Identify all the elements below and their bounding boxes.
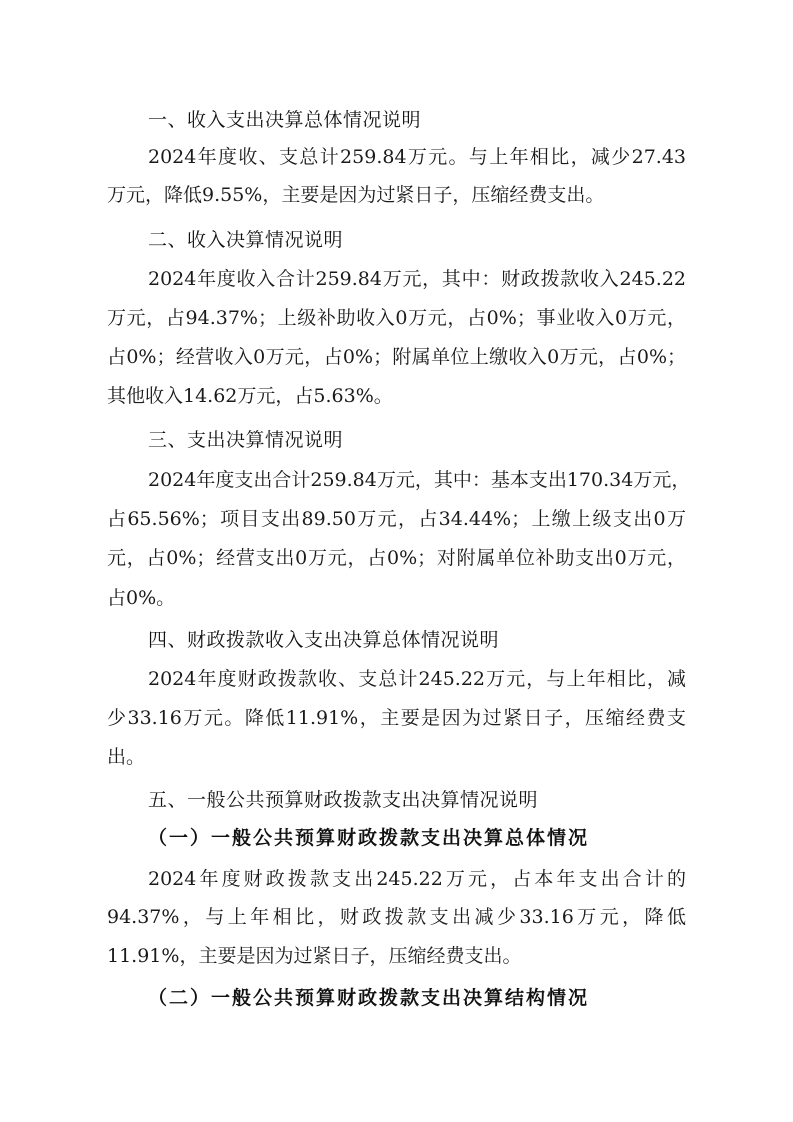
section-2-heading: 二、收入决算情况说明 (148, 227, 343, 253)
section-2-paragraph-line-4: 其他收入14.62万元，占5.63%。 (107, 383, 686, 409)
section-4-paragraph-line-1: 2024年度财政拨款收、支总计245.22万元，与上年相比，减 (148, 666, 686, 692)
section-4-paragraph-line-2: 少33.16万元。降低11.91%，主要是因为过紧日子，压缩经费支 (107, 705, 686, 731)
section-1-paragraph-line-1: 2024年度收、支总计259.84万元。与上年相比，减少27.43 (148, 144, 686, 170)
section-2-paragraph-line-1: 2024年度收入合计259.84万元，其中：财政拨款收入245.22 (148, 266, 686, 292)
section-3-paragraph-line-1: 2024年度支出合计259.84万元，其中：基本支出170.34万元， (148, 467, 686, 493)
section-3-paragraph-line-4: 占0%。 (107, 585, 686, 611)
subsection-1-paragraph-line-3: 11.91%，主要是因为过紧日子，压缩经费支出。 (107, 943, 686, 969)
subsection-1-paragraph-line-1: 2024年度财政拨款支出245.22万元，占本年支出合计的 (148, 866, 686, 892)
section-2-paragraph-line-2: 万元，占94.37%；上级补助收入0万元，占0%；事业收入0万元， (107, 305, 686, 331)
section-1-paragraph-line-2: 万元，降低9.55%，主要是因为过紧日子，压缩经费支出。 (107, 182, 686, 208)
section-5-heading: 五、一般公共预算财政拨款支出决算情况说明 (148, 787, 538, 813)
subsection-1-paragraph-line-2: 94.37%，与上年相比，财政拨款支出减少33.16万元，降低 (107, 904, 686, 930)
section-1-heading: 一、收入支出决算总体情况说明 (148, 107, 421, 133)
section-3-heading: 三、支出决算情况说明 (148, 427, 343, 453)
subsection-1-heading: （一）一般公共预算财政拨款支出决算总体情况 (148, 824, 589, 852)
section-4-paragraph-line-3: 出。 (107, 744, 686, 770)
section-4-heading: 四、财政拨款收入支出决算总体情况说明 (148, 627, 499, 653)
document-page: 一、收入支出决算总体情况说明 2024年度收、支总计259.84万元。与上年相比… (0, 0, 793, 1122)
section-3-paragraph-line-2: 占65.56%；项目支出89.50万元，占34.44%；上缴上级支出0万 (107, 506, 686, 532)
section-3-paragraph-line-3: 元，占0%；经营支出0万元，占0%；对附属单位补助支出0万元， (107, 545, 686, 571)
section-2-paragraph-line-3: 占0%；经营收入0万元，占0%；附属单位上缴收入0万元，占0%； (107, 344, 686, 370)
subsection-2-heading: （二）一般公共预算财政拨款支出决算结构情况 (148, 984, 589, 1012)
